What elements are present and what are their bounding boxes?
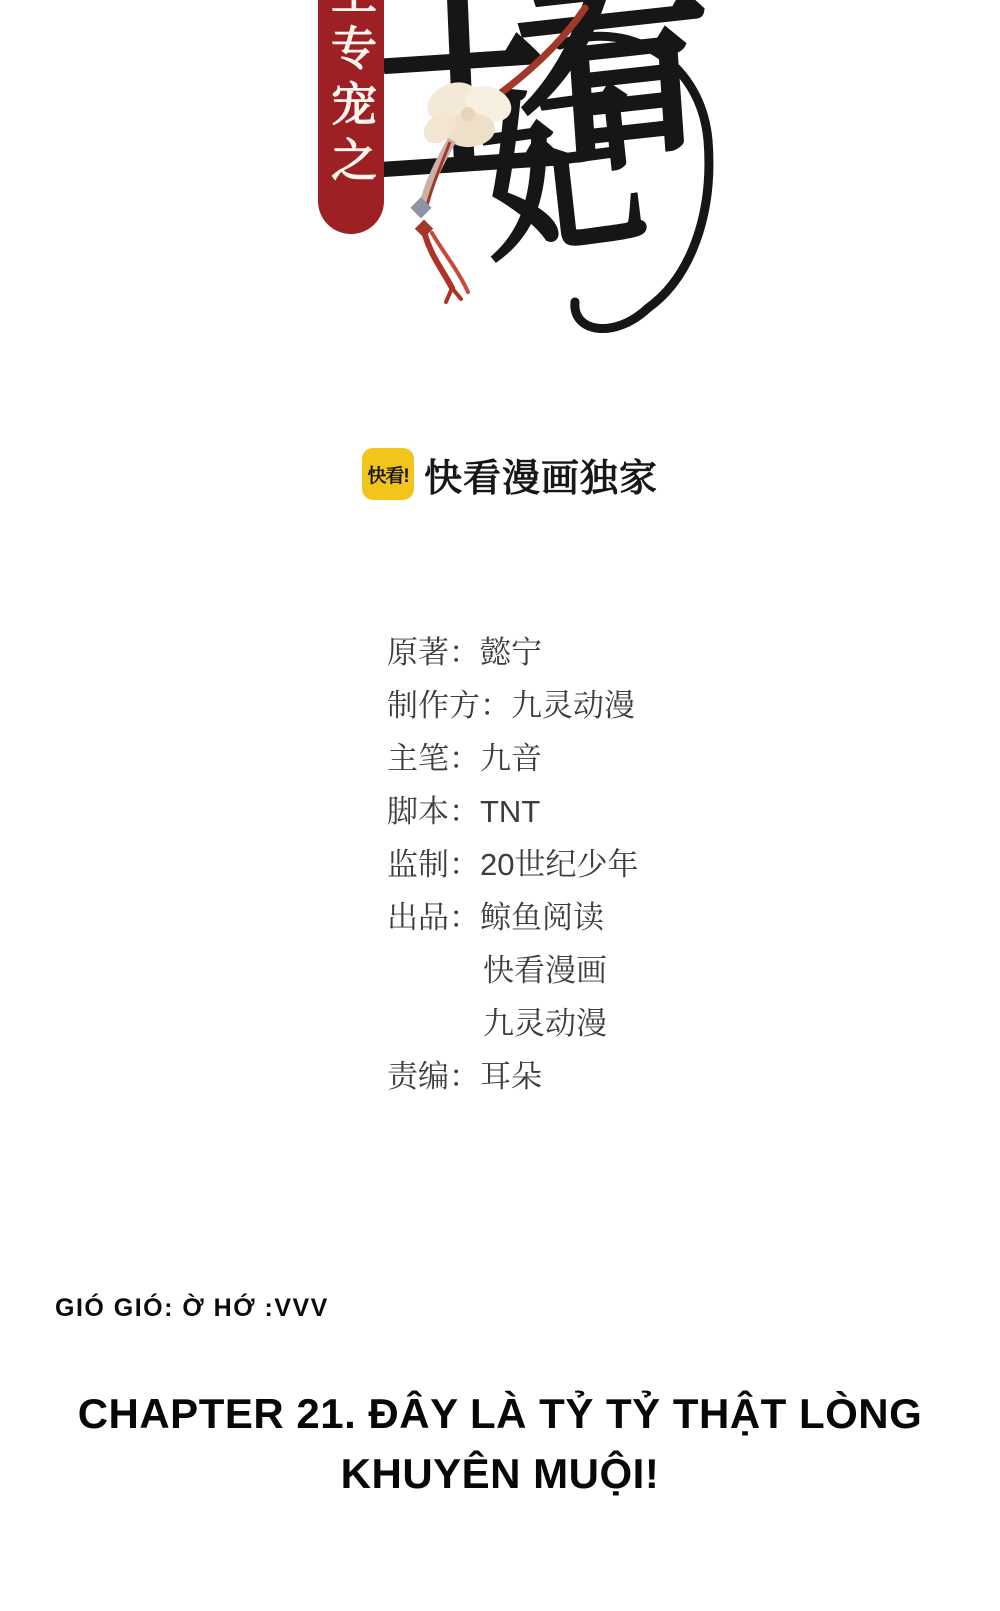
credits-list: 原著：懿宁 制作方：九灵动漫 主笔：九音 脚本：TNT 监制：20世纪少年 出品… [387,626,638,1103]
credit-line-artist: 主笔：九音 [387,732,638,785]
chapter-title-line-1: CHAPTER 21. ĐÂY LÀ TỶ TỶ THẬT LÒNG [0,1384,1000,1444]
chapter-title: CHAPTER 21. ĐÂY LÀ TỶ TỶ THẬT LÒNG KHUYÊ… [0,1384,1000,1504]
credit-line-editor: 责编：耳朵 [387,1050,638,1103]
credit-line-presented: 出品：鲸鱼阅读 [387,891,638,944]
kuaikan-icon-text: 快看! [367,461,408,488]
kuaikan-app-icon: 快看! [362,448,414,500]
credit-line-presented-2: 快看漫画 [483,944,638,997]
publisher-logo-row: 快看! 快看漫画独家 [362,448,658,500]
credit-line-production: 制作方：九灵动漫 [387,679,638,732]
publisher-exclusive-label: 快看漫画独家 [424,447,658,502]
credit-line-script: 脚本：TNT [387,785,638,838]
translator-note: GIÓ GIÓ: Ờ HỚ :VVV [55,1294,329,1323]
credit-line-presented-3: 九灵动漫 [483,997,638,1050]
credit-line-author: 原著：懿宁 [387,626,638,679]
comic-title-page: 王 着 妃 生专宠之 快看! [0,0,1000,1611]
chapter-title-line-2: KHUYÊN MUỘI! [0,1444,1000,1504]
title-calligraphy-art: 王 着 妃 生专宠之 [0,0,1000,360]
tassel-flower-icon [0,0,1000,360]
credit-line-supervisor: 监制：20世纪少年 [387,838,638,891]
